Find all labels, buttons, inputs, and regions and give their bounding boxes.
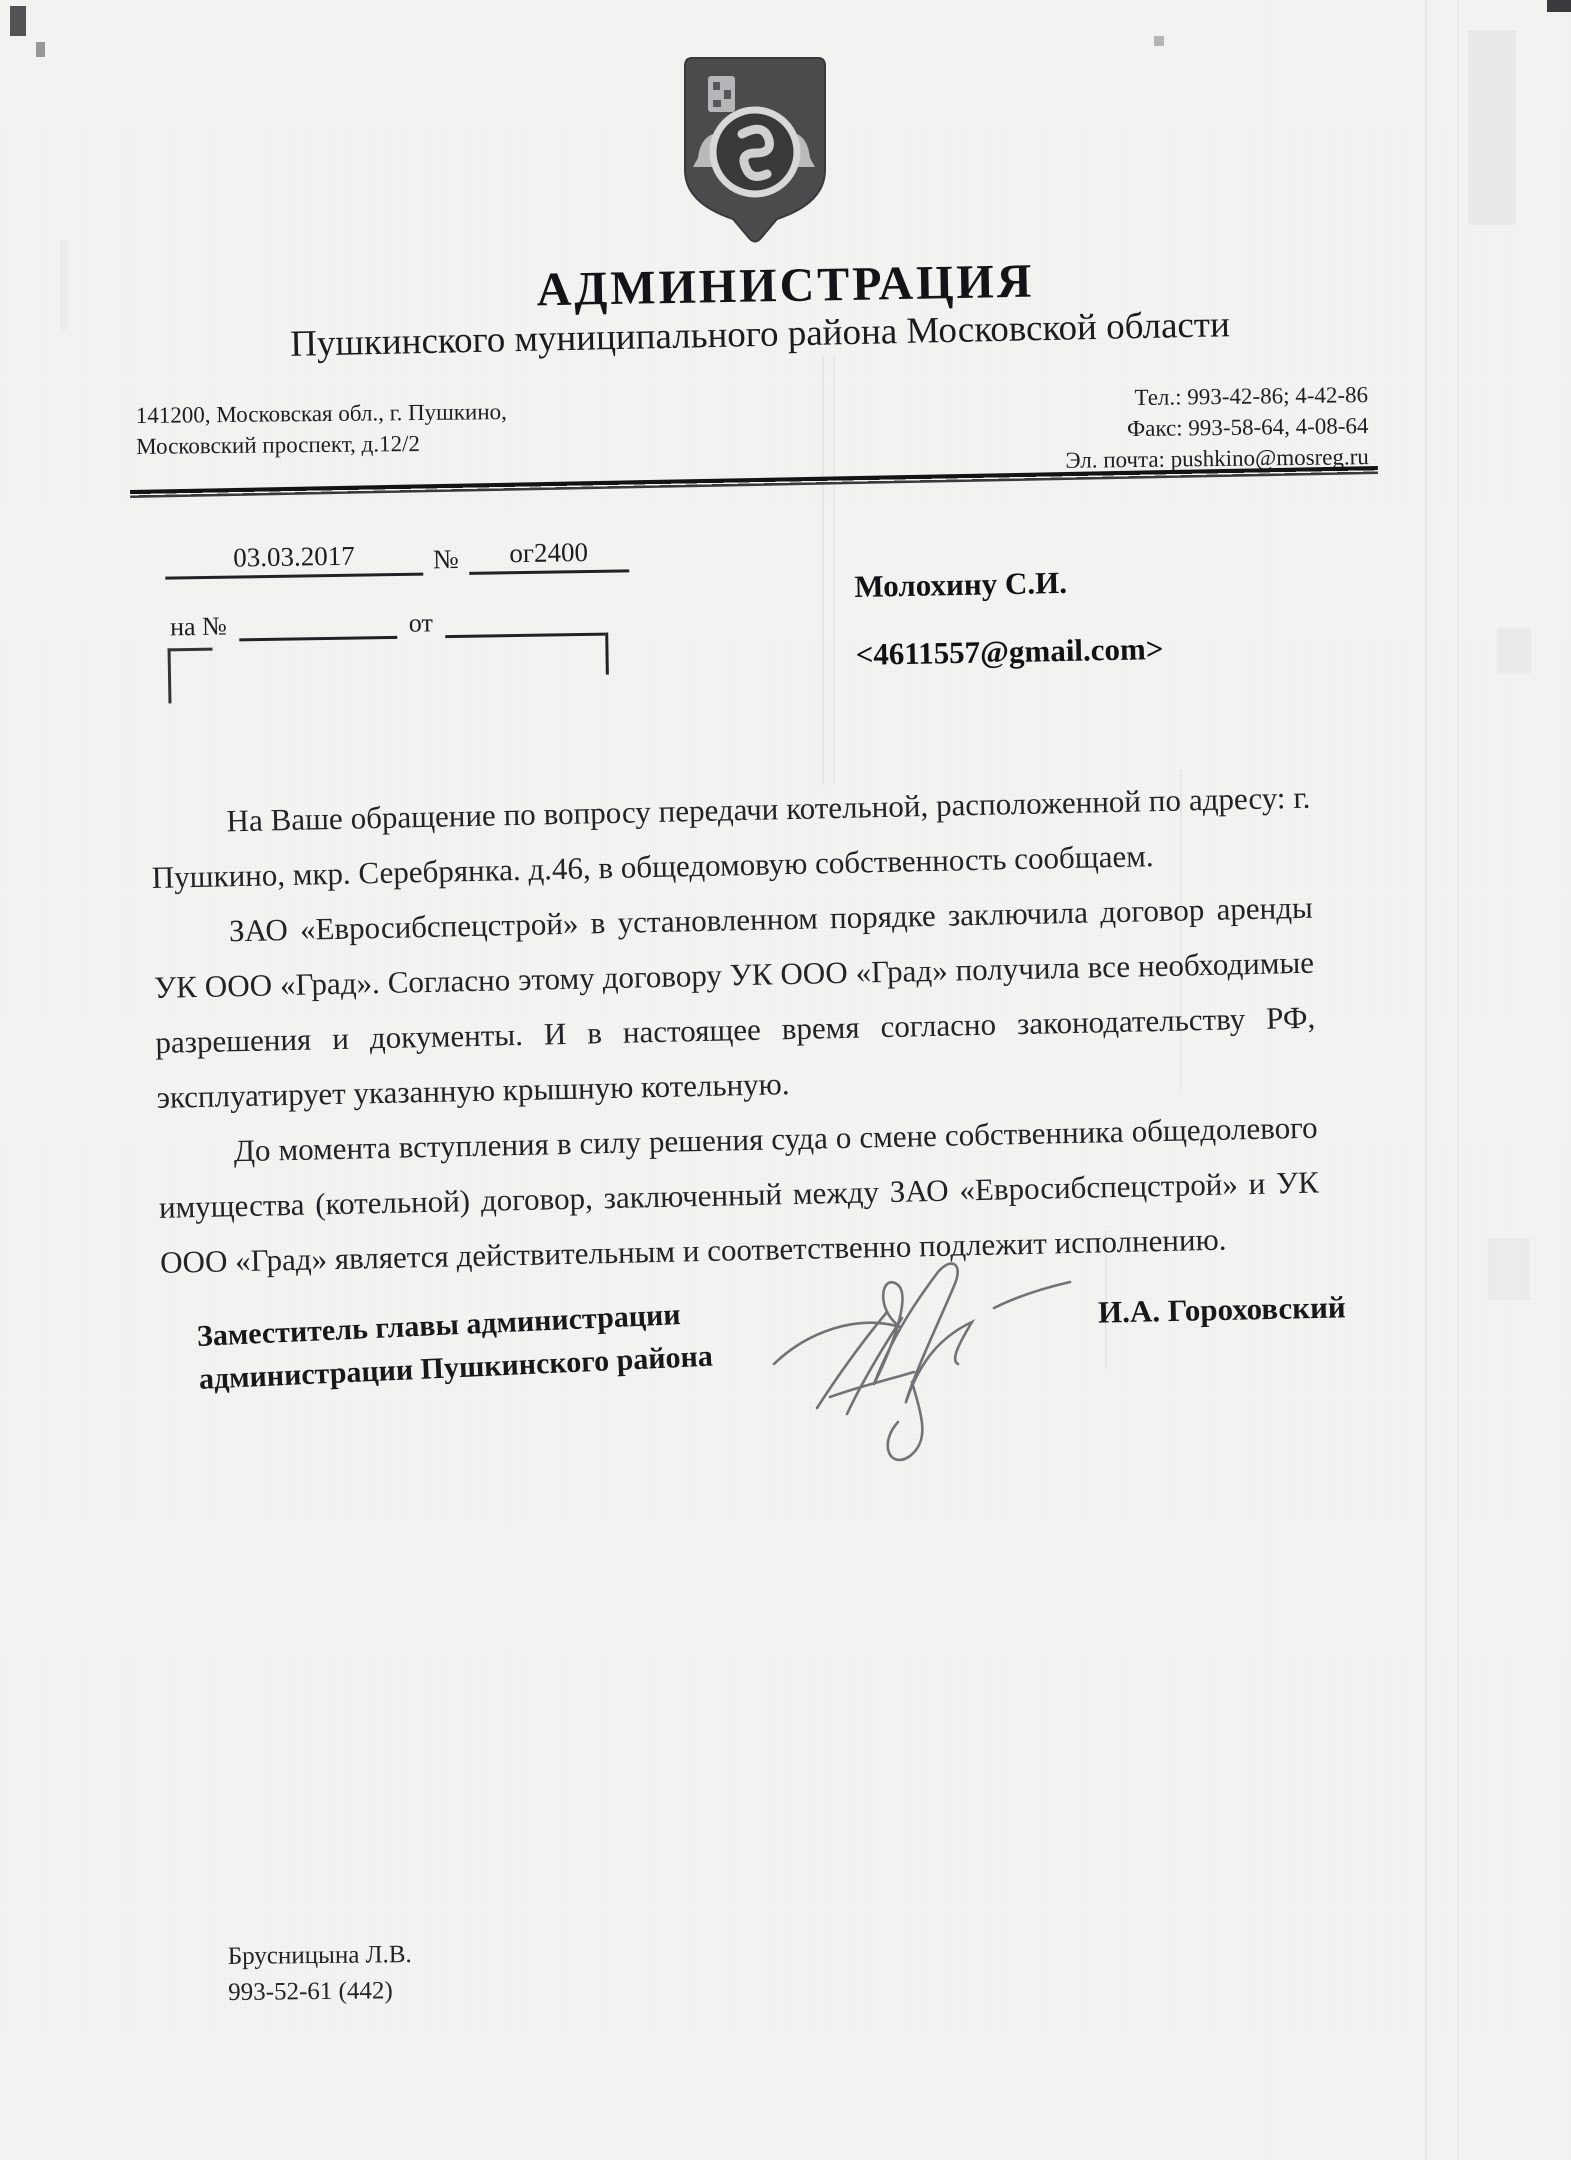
body-paragraph-2: ЗАО «Евросибспецстрой» в установленном п… [152, 880, 1317, 1125]
reply-date-label: от [409, 608, 433, 638]
org-address-line1: 141200, Московская обл., г. Пушкино, [136, 396, 507, 431]
scan-artifact [1468, 30, 1516, 225]
reply-number-label: на № [170, 612, 227, 643]
scan-artifact [10, 6, 26, 36]
scan-artifact [1547, 0, 1571, 12]
letter-number: ог2400 [468, 536, 629, 575]
signer-name: И.А. Гороховский [1098, 1289, 1346, 1330]
executor-block: Брусницына Л.В. 993-52-61 (442) [228, 1937, 413, 2011]
scan-artifact [1154, 36, 1164, 46]
letterhead-divider [130, 466, 1378, 498]
address-zone-corner-mark [168, 648, 214, 704]
scan-artifact [36, 42, 45, 57]
recipient-name: Молохину С.И. [854, 563, 1162, 605]
coat-of-arms-emblem [680, 52, 830, 247]
body-paragraph-3: До момента вступления в силу решения суд… [157, 1100, 1320, 1290]
reply-date-blank [445, 601, 606, 639]
letter-date: 03.03.2017 [165, 540, 424, 580]
executor-phone: 993-52-61 (442) [228, 1973, 412, 2011]
reference-line: 03.03.2017 № ог2400 [165, 536, 629, 579]
letter-body: На Ваше обращение по вопросу передачи ко… [150, 770, 1321, 1290]
reply-number-blank [239, 604, 398, 641]
signer-position: Заместитель главы администрации админист… [196, 1292, 714, 1401]
executor-name: Брусницына Л.В. [228, 1937, 412, 1975]
org-phone: Тел.: 993-42-86; 4-42-86 [1064, 379, 1368, 414]
reply-reference-line: на № от [170, 601, 605, 643]
scan-artifact [1497, 628, 1531, 674]
scanned-letter-page: АДМИНИСТРАЦИЯ Пушкинского муниципального… [0, 0, 1571, 2160]
scan-artifact [822, 355, 824, 785]
signature-scribble [762, 1212, 1107, 1467]
recipient-block: Молохину С.И. <4611557@gmail.com> [854, 563, 1164, 673]
scan-artifact [833, 355, 835, 785]
number-sign-label: № [433, 544, 459, 575]
recipient-email: <4611557@gmail.com> [855, 631, 1163, 673]
org-email-label: Эл. почта: [1065, 447, 1165, 473]
org-contacts: Тел.: 993-42-86; 4-42-86 Факс: 993-58-64… [1064, 379, 1369, 476]
org-fax: Факс: 993-58-64, 4-08-64 [1064, 410, 1368, 445]
scan-artifact [1488, 1238, 1530, 1300]
org-address: 141200, Московская обл., г. Пушкино, Мос… [136, 396, 508, 462]
org-address-line2: Московский проспект, д.12/2 [136, 427, 507, 462]
